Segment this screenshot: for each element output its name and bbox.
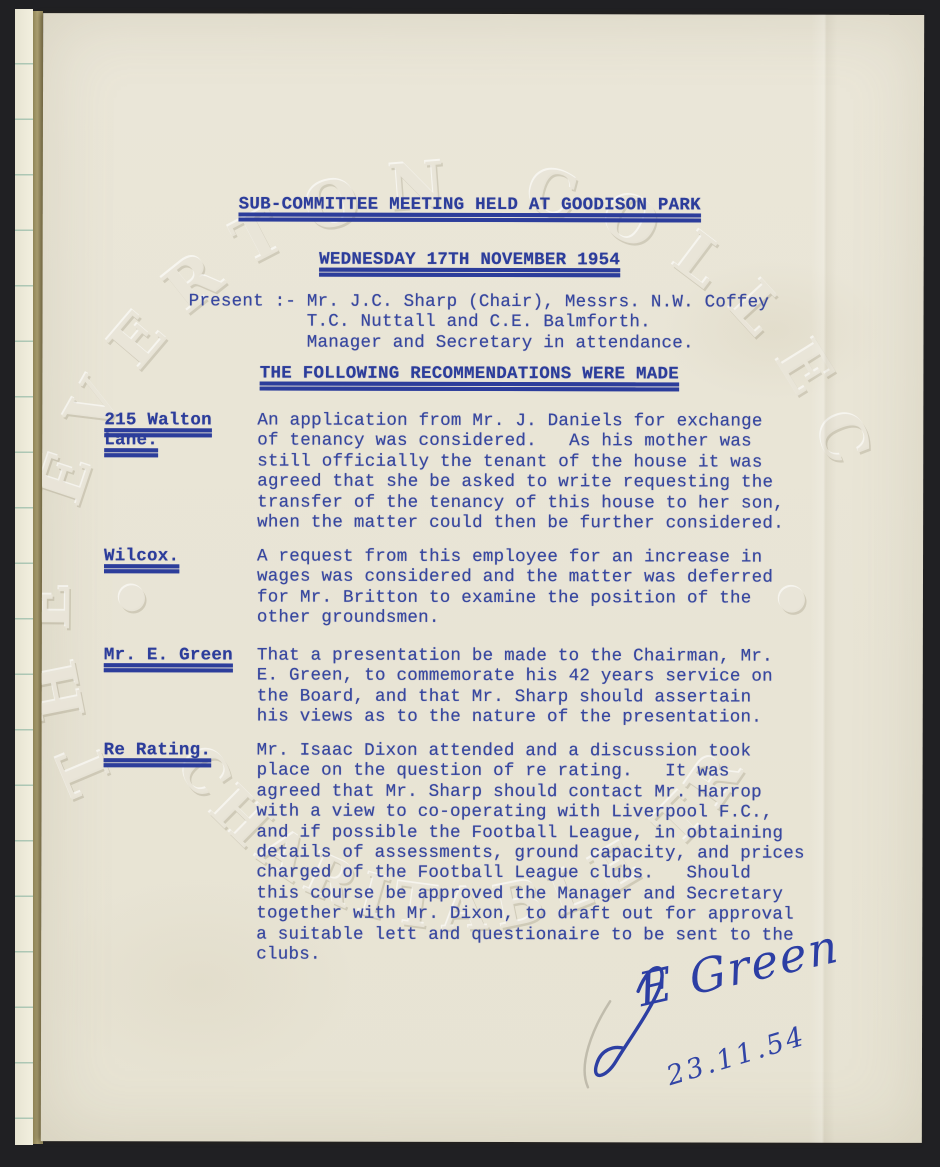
signature-block: E Green 23.11.54 xyxy=(576,937,906,1128)
item-label: 215 Walton Lane. xyxy=(104,410,212,451)
minute-item-wilcox: Wilcox. A request from this employee for… xyxy=(42,546,923,548)
item-label: Wilcox. xyxy=(104,546,179,567)
meeting-date-heading: WEDNESDAY 17TH NOVEMBER 1954 xyxy=(43,249,897,271)
scanned-document: THE EVERTON COLLECTION CHARITABLE TRUST … xyxy=(0,0,940,1167)
recommendations-heading: THE FOLLOWING RECOMMENDATIONS WERE MADE xyxy=(42,363,896,385)
item-label: Re Rating. xyxy=(104,740,212,761)
minute-item-re-rating: Re Rating. Mr. Isaac Dixon attended and … xyxy=(42,740,923,742)
signature-name: E Green xyxy=(634,937,843,1017)
watermark-dot-right xyxy=(779,587,805,613)
watermark-dot-right xyxy=(778,585,804,611)
signature-date: 23.11.54 xyxy=(662,1021,810,1093)
attendees-block: Present :- Mr. J.C. Sharp (Chair), Messr… xyxy=(188,291,769,353)
minute-item-mr-e-green: Mr. E. Green That a presentation be made… xyxy=(42,645,923,647)
watermark-dot-left xyxy=(118,583,144,609)
item-body: A request from this employee for an incr… xyxy=(257,547,773,630)
item-label: Mr. E. Green xyxy=(104,645,233,666)
ledger-ruled-strip xyxy=(15,9,33,1145)
minute-item-215-walton-lane: 215 Walton Lane. An application from Mr.… xyxy=(42,410,923,412)
watermark-dot-left xyxy=(121,587,147,613)
watermark-dot-right xyxy=(781,589,807,615)
minutes-page: THE EVERTON COLLECTION CHARITABLE TRUST … xyxy=(41,13,924,1143)
item-body: Mr. Isaac Dixon attended and a discussio… xyxy=(256,741,805,967)
item-body: That a presentation be made to the Chair… xyxy=(257,646,773,729)
watermark-dot-left xyxy=(119,585,145,611)
item-body: An application from Mr. J. Daniels for e… xyxy=(257,411,784,535)
document-title: SUB-COMMITTEE MEETING HELD AT GOODISON P… xyxy=(43,194,897,216)
